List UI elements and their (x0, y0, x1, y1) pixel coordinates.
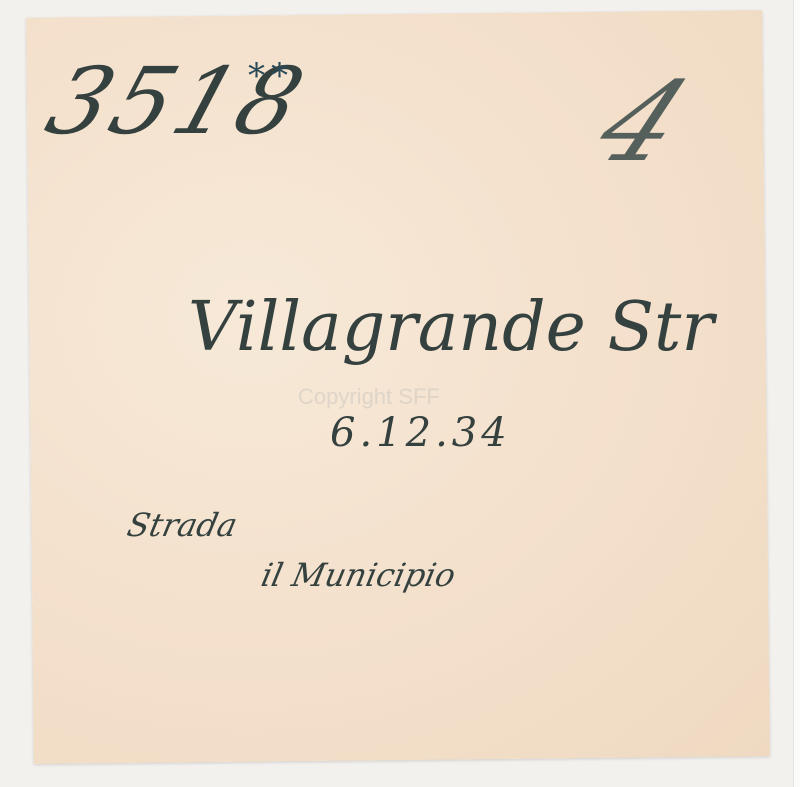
note-line-2: il Municipio (258, 556, 459, 594)
catalog-star-marks: ** (248, 56, 294, 96)
date: 6.12.34 (330, 410, 511, 456)
place-name: Villagrande Str (188, 288, 714, 367)
background-strip (793, 0, 800, 787)
copyright-watermark: Copyright SFF (298, 384, 440, 410)
note-line-1: Strada (124, 506, 241, 544)
